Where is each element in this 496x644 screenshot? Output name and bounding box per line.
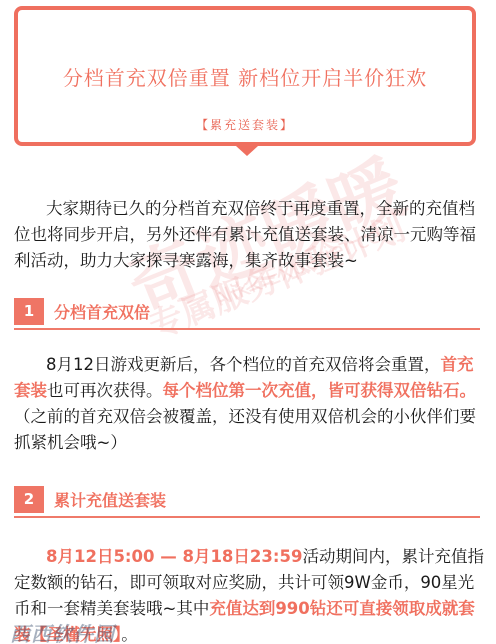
page-title: 分档首充双倍重置 新档位开启半价狂欢 <box>18 62 472 91</box>
title-box: 分档首充双倍重置 新档位开启半价狂欢 【累充送套装】 <box>14 6 476 146</box>
body-text: 。 <box>121 625 138 644</box>
section-number: 1 <box>14 298 44 325</box>
section-title: 分档首充双倍 <box>54 300 150 323</box>
section-1-header: 1 分档首充双倍 <box>14 298 480 330</box>
section-2-header: 2 累计充值送套装 <box>14 486 480 518</box>
body-text: 也可再次获得。 <box>47 381 163 400</box>
body-text: 8月12日游戏更新后，各个档位的首充双倍将会重置， <box>46 355 441 374</box>
intro-text: 大家期待已久的分档首充双倍终于再度重置，全新的充值档位也将同步开启，另外还伴有累… <box>14 199 476 270</box>
highlight-text: 8月12日5:00 — 8月18日23:59 <box>46 547 302 566</box>
title-pointer <box>236 146 258 156</box>
section-1-body: 8月12日游戏更新后，各个档位的首充双倍将会重置，首充套装也可再次获得。每个档位… <box>14 352 484 456</box>
body-text: （之前的首充双倍会被覆盖，还没有使用双倍机会的小伙伴们要抓紧机会哦~） <box>14 407 476 452</box>
section-title: 累计充值送套装 <box>54 488 166 511</box>
page-subtitle: 【累充送套装】 <box>18 116 472 133</box>
site-logo-watermark: 西西软件园 <box>10 618 115 644</box>
section-number: 2 <box>14 486 44 513</box>
intro-paragraph: 大家期待已久的分档首充双倍终于再度重置，全新的充值档位也将同步开启，另外还伴有累… <box>14 196 484 274</box>
highlight-text: 每个档位第一次充值，皆可获得双倍钻石。 <box>163 381 477 400</box>
